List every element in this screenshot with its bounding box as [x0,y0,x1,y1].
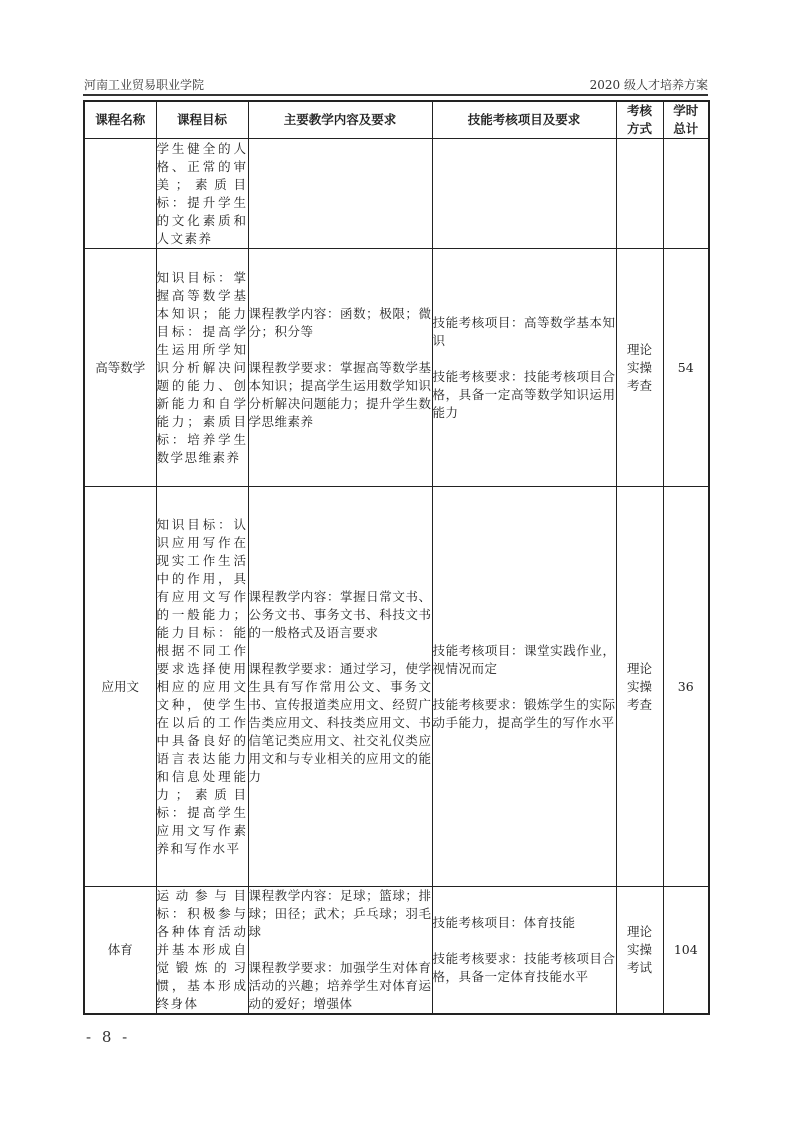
course-content: 课程教学内容：足球；篮球；排球；田径；武术；乒乓球；羽毛球 课程教学要求：加强学… [248,887,432,1015]
course-content [248,139,432,249]
total-hours: 54 [663,249,709,487]
method-line: 考查 [617,377,663,395]
requirement-paragraph: 课程教学要求：通过学习，使学生具有写作常用公文、事务文书、宣传报道类应用文、经贸… [249,660,432,786]
method-line: 考试 [617,959,663,977]
table-row: 学生健全的人格、正常的审美；素质目标：提升学生的文化素质和人文素养 [84,139,709,249]
column-header-line: 总计 [664,120,709,138]
column-header-line: 方式 [617,120,663,138]
course-goal: 知识目标：掌握高等数学基本知识；能力目标：提高学生运用所学知识分析解决问题的能力… [156,249,248,487]
assessment-method: 理论 实操 考试 [616,887,663,1015]
assessment-method: 理论 实操 考查 [616,487,663,887]
table-row: 高等数学 知识目标：掌握高等数学基本知识；能力目标：提高学生运用所学知识分析解决… [84,249,709,487]
column-header-assessment-method: 考核 方式 [616,101,663,139]
skill-item-paragraph: 技能考核项目：高等数学基本知识 [433,314,616,350]
method-line: 理论 [617,923,663,941]
method-line: 实操 [617,678,663,696]
column-header-line: 考核 [617,102,663,120]
table-header-row: 课程名称 课程目标 主要教学内容及要求 技能考核项目及要求 考核 方式 学时 总… [84,101,709,139]
requirement-paragraph: 课程教学要求：加强学生对体育活动的兴趣；培养学生对体育运动的爱好；增强体 [249,959,432,1013]
skill-requirement-paragraph: 技能考核要求：锻炼学生的实际动手能力，提高学生的写作水平 [433,696,616,732]
course-name [84,139,156,249]
course-name: 高等数学 [84,249,156,487]
course-skill [432,139,616,249]
course-content: 课程教学内容：掌握日常文书、公务文书、事务文书、科技文书的一般格式及语言要求 课… [248,487,432,887]
content-paragraph: 课程教学内容：函数；极限；微分；积分等 [249,305,432,341]
assessment-method: 理论 实操 考查 [616,249,663,487]
course-name: 体育 [84,887,156,1015]
total-hours: 104 [663,887,709,1015]
header-document-title: 2020 级人才培养方案 [590,76,708,93]
course-goal: 知识目标：认识应用写作在现实工作生活中的作用，具有应用文写作的一般能力；能力目标… [156,487,248,887]
course-skill: 技能考核项目：体育技能 技能考核要求：技能考核项目合格，具备一定体育技能水平 [432,887,616,1015]
course-skill: 技能考核项目：课堂实践作业，视情况而定 技能考核要求：锻炼学生的实际动手能力，提… [432,487,616,887]
total-hours [663,139,709,249]
method-line: 理论 [617,341,663,359]
skill-requirement-paragraph: 技能考核要求：技能考核项目合格，具备一定高等数学知识运用能力 [433,368,616,422]
column-header-course-name: 课程名称 [84,101,156,139]
table-row: 体育 运动参与目标：积极参与各种体育活动并基本形成自觉锻炼的习惯，基本形成终身体… [84,887,709,1015]
course-content: 课程教学内容：函数；极限；微分；积分等 课程教学要求：掌握高等数学基本知识；提高… [248,249,432,487]
column-header-total-hours: 学时 总计 [663,101,709,139]
method-line: 考查 [617,696,663,714]
content-paragraph: 课程教学内容：足球；篮球；排球；田径；武术；乒乓球；羽毛球 [249,887,432,941]
method-line: 理论 [617,660,663,678]
course-skill: 技能考核项目：高等数学基本知识 技能考核要求：技能考核项目合格，具备一定高等数学… [432,249,616,487]
curriculum-table: 课程名称 课程目标 主要教学内容及要求 技能考核项目及要求 考核 方式 学时 总… [83,100,710,1015]
column-header-line: 学时 [664,102,709,120]
method-line: 实操 [617,359,663,377]
content-paragraph: 课程教学内容：掌握日常文书、公务文书、事务文书、科技文书的一般格式及语言要求 [249,588,432,642]
skill-item-paragraph: 技能考核项目：课堂实践作业，视情况而定 [433,642,616,678]
requirement-paragraph: 课程教学要求：掌握高等数学基本知识；提高学生运用数学知识分析解决问题能力；提升学… [249,359,432,431]
skill-item-paragraph: 技能考核项目：体育技能 [433,914,616,932]
header-divider [83,94,708,96]
column-header-course-goal: 课程目标 [156,101,248,139]
course-goal: 运动参与目标：积极参与各种体育活动并基本形成自觉锻炼的习惯，基本形成终身体 [156,887,248,1015]
page-number: - 8 - [86,1028,130,1046]
header-institution: 河南工业贸易职业学院 [84,76,204,93]
column-header-content: 主要教学内容及要求 [248,101,432,139]
table-row: 应用文 知识目标：认识应用写作在现实工作生活中的作用，具有应用文写作的一般能力；… [84,487,709,887]
skill-requirement-paragraph: 技能考核要求：技能考核项目合格，具备一定体育技能水平 [433,950,616,986]
total-hours: 36 [663,487,709,887]
course-goal: 学生健全的人格、正常的审美；素质目标：提升学生的文化素质和人文素养 [156,139,248,249]
assessment-method [616,139,663,249]
course-name: 应用文 [84,487,156,887]
method-line: 实操 [617,941,663,959]
column-header-skill: 技能考核项目及要求 [432,101,616,139]
